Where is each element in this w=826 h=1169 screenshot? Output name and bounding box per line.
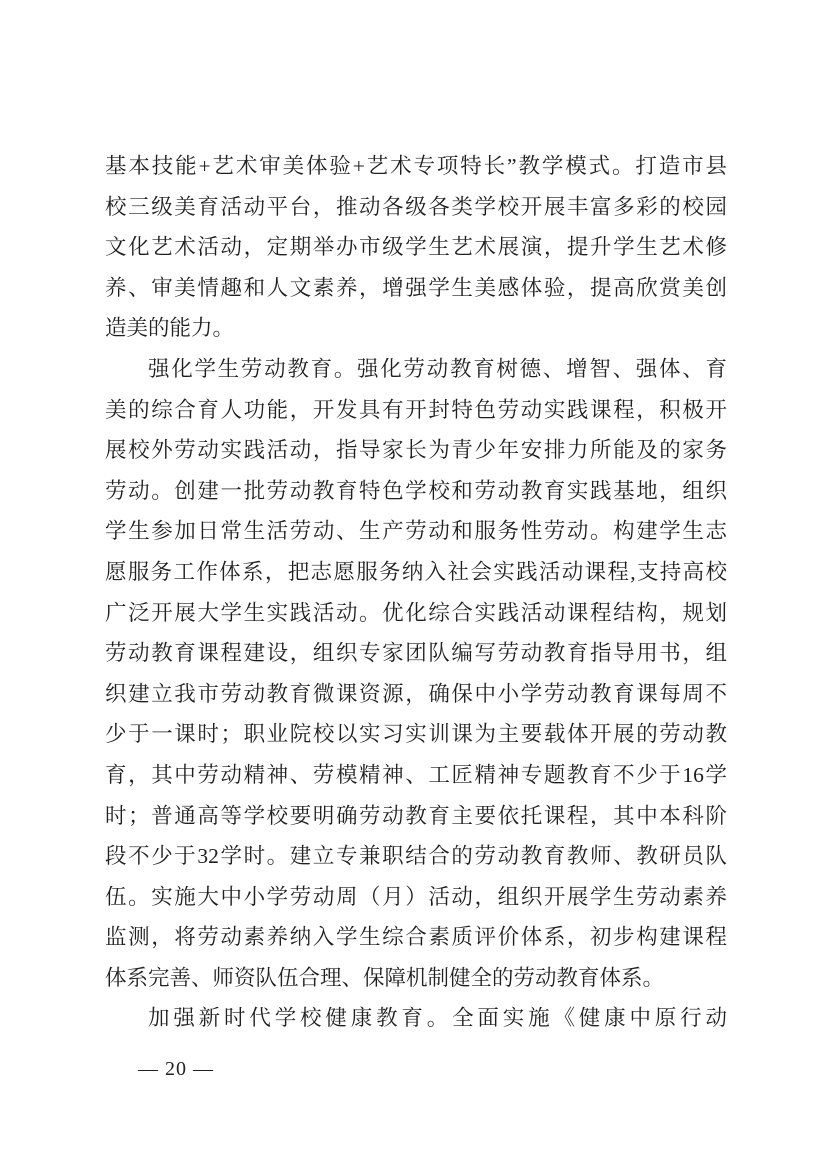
- text-line: 时；普通高等学校要明确劳动教育主要依托课程，其中本科阶: [105, 796, 727, 837]
- text-line: 造美的能力。: [105, 308, 727, 349]
- text-line: 织建立我市劳动教育微课资源，确保中小学劳动教育课每周不: [105, 674, 727, 715]
- text-line: 愿服务工作体系，把志愿服务纳入社会实践活动课程,支持高校: [105, 552, 727, 593]
- text-line: 学生参加日常生活劳动、生产劳动和服务性劳动。构建学生志: [105, 511, 727, 552]
- text-line: 伍。实施大中小学劳动周（月）活动，组织开展学生劳动素养: [105, 877, 727, 918]
- text-line: 校三级美育活动平台，推动各级各类学校开展丰富多彩的校园: [105, 187, 727, 228]
- text-line: 体系完善、师资队伍合理、保障机制健全的劳动教育体系。: [105, 958, 727, 999]
- text-line: 劳动。创建一批劳动教育特色学校和劳动教育实践基地，组织: [105, 471, 727, 512]
- text-line: 劳动教育课程建设，组织专家团队编写劳动教育指导用书，组: [105, 633, 727, 674]
- text-line: 强化学生劳动教育。强化劳动教育树德、增智、强体、育: [105, 349, 727, 390]
- body-text: 基本技能+艺术审美体验+艺术专项特长”教学模式。打造市县 校三级美育活动平台，推…: [105, 146, 727, 1039]
- document-page: 基本技能+艺术审美体验+艺术专项特长”教学模式。打造市县 校三级美育活动平台，推…: [0, 0, 826, 1169]
- text-line: 段不少于32学时。建立专兼职结合的劳动教育教师、教研员队: [105, 836, 727, 877]
- text-line: 少于一课时；职业院校以实习实训课为主要载体开展的劳动教: [105, 714, 727, 755]
- text-line: 展校外劳动实践活动，指导家长为青少年安排力所能及的家务: [105, 430, 727, 471]
- text-line: 加强新时代学校健康教育。全面实施《健康中原行动: [105, 998, 727, 1039]
- text-line: 广泛开展大学生实践活动。优化综合实践活动课程结构，规划: [105, 593, 727, 634]
- text-line: 基本技能+艺术审美体验+艺术专项特长”教学模式。打造市县: [105, 146, 727, 187]
- text-line: 育，其中劳动精神、劳模精神、工匠精神专题教育不少于16学: [105, 755, 727, 796]
- text-line: 文化艺术活动，定期举办市级学生艺术展演，提升学生艺术修: [105, 227, 727, 268]
- text-line: 美的综合育人功能，开发具有开封特色劳动实践课程，积极开: [105, 390, 727, 431]
- text-line: 监测，将劳动素养纳入学生综合素质评价体系，初步构建课程: [105, 917, 727, 958]
- page-number: — 20 —: [138, 1056, 214, 1082]
- text-line: 养、审美情趣和人文素养，增强学生美感体验，提高欣赏美创: [105, 268, 727, 309]
